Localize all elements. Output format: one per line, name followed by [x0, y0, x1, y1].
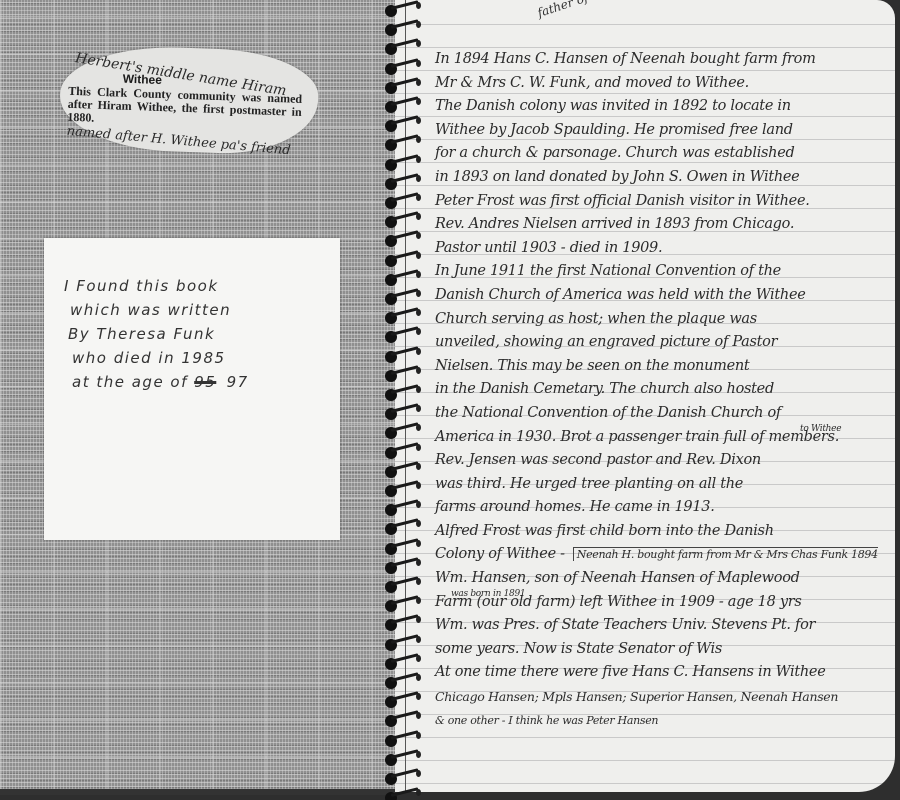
spiral-coil: [385, 714, 425, 728]
spiral-coil: [385, 138, 425, 152]
spiral-coil: [385, 772, 425, 786]
handwritten-line: was third. He urged tree planting on all…: [435, 473, 885, 497]
handwritten-line-text: & one other - I think he was Peter Hanse…: [435, 714, 658, 727]
spiral-coil: [385, 695, 425, 709]
handwritten-line: & one other - I think he was Peter Hanse…: [435, 709, 885, 733]
spiral-coil: [385, 158, 425, 172]
handwritten-line-text: Withee by Jacob Spaulding. He promised f…: [435, 122, 793, 138]
spiral-coil: [385, 734, 425, 748]
spiral-coil: [385, 23, 425, 37]
note-age-struck: 95: [194, 373, 216, 391]
handwritten-line-text: America in 1930. Brot a passenger train …: [435, 429, 839, 445]
handwritten-line-text: Wm. was Pres. of State Teachers Univ. St…: [435, 617, 815, 633]
spiral-coil: [385, 273, 425, 287]
handwritten-line: In June 1911 the first National Conventi…: [435, 260, 885, 284]
handwritten-line-text: was third. He urged tree planting on all…: [435, 476, 743, 492]
spiral-coil: [385, 638, 425, 652]
spiral-coil: [385, 4, 425, 18]
handwritten-line-text: Peter Frost was first official Danish vi…: [435, 193, 810, 209]
handwritten-line: some years. Now is State Senator of Wis: [435, 638, 885, 662]
notebook-cover: Herbert's middle name Hiram Withee This …: [0, 0, 395, 795]
sticky-note-text: I Found this book which was written By T…: [64, 274, 249, 394]
handwritten-line: Farm (our old farm) left Withee in 1909 …: [435, 591, 885, 615]
handwritten-line: At one time there were five Hans C. Hans…: [435, 661, 885, 685]
note-line: I Found this book: [64, 274, 249, 298]
boxed-insert-neenah: Neenah H. bought farm from Mr & Mrs Chas…: [573, 547, 878, 561]
insert-to-withee: to Withee: [800, 418, 841, 442]
newspaper-clipping: Herbert's middle name Hiram Withee This …: [58, 44, 319, 157]
handwritten-line-text: Mr & Mrs C. W. Funk, and moved to Withee…: [435, 75, 749, 91]
note-line-age: at the age of 95 97: [72, 370, 249, 394]
spiral-coil: [385, 561, 425, 575]
handwritten-line: in 1893 on land donated by John S. Owen …: [435, 166, 885, 190]
spiral-coil: [385, 350, 425, 364]
handwritten-line-text: Rev. Andres Nielsen arrived in 1893 from…: [435, 216, 794, 232]
spiral-coil: [385, 503, 425, 517]
clipping-headline: Withee: [122, 72, 162, 87]
handwritten-line: Mr & Mrs C. W. Funk, and moved to Withee…: [435, 72, 885, 96]
handwritten-line-text: At one time there were five Hans C. Hans…: [435, 664, 826, 680]
handwritten-line-text: some years. Now is State Senator of Wis: [435, 641, 722, 657]
handwritten-line: Rev. Andres Nielsen arrived in 1893 from…: [435, 213, 885, 237]
spiral-coil: [385, 580, 425, 594]
spiral-coil: [385, 407, 425, 421]
sticky-note: I Found this book which was written By T…: [44, 238, 340, 540]
spiral-coil: [385, 753, 425, 767]
note-line: which was written: [70, 298, 249, 322]
clipping-body: This Clark County community was named af…: [67, 85, 302, 132]
handwritten-line-text: Danish Church of America was held with t…: [435, 287, 806, 303]
insert-born-1891: was born in 1891: [451, 583, 525, 607]
spiral-coil: [385, 234, 425, 248]
spiral-coil: [385, 177, 425, 191]
handwritten-line-text: for a church & parsonage. Church was est…: [435, 145, 794, 161]
handwritten-line: In 1894 Hans C. Hansen of Neenah bought …: [435, 48, 885, 72]
spiral-coil: [385, 215, 425, 229]
handwritten-line: Nielsen. This may be seen on the monumen…: [435, 355, 885, 379]
handwritten-line: Rev. Jensen was second pastor and Rev. D…: [435, 449, 885, 473]
handwritten-line-text: Rev. Jensen was second pastor and Rev. D…: [435, 452, 761, 468]
spiral-coil: [385, 196, 425, 210]
spiral-coil: [385, 100, 425, 114]
handwritten-line-text: Church serving as host; when the plaque …: [435, 311, 757, 327]
handwritten-line: for a church & parsonage. Church was est…: [435, 142, 885, 166]
spiral-coil: [385, 292, 425, 306]
handwritten-line: Peter Frost was first official Danish vi…: [435, 190, 885, 214]
handwritten-line: in the Danish Cemetary. The church also …: [435, 378, 885, 402]
spiral-coil: [385, 657, 425, 671]
handwritten-line-text: The Danish colony was invited in 1892 to…: [435, 98, 791, 114]
spiral-coil: [385, 791, 425, 800]
handwritten-line: Wm. was Pres. of State Teachers Univ. St…: [435, 614, 885, 638]
handwritten-line: The Danish colony was invited in 1892 to…: [435, 95, 885, 119]
note-age-value: 97: [227, 373, 249, 391]
handwritten-line: unveiled, showing an engraved picture of…: [435, 331, 885, 355]
handwritten-line-text: unveiled, showing an engraved picture of…: [435, 334, 777, 350]
spiral-coil: [385, 119, 425, 133]
spiral-coil: [385, 542, 425, 556]
handwritten-line: Chicago Hansen; Mpls Hansen; Superior Ha…: [435, 685, 885, 709]
spiral-coil: [385, 388, 425, 402]
spiral-coil: [385, 522, 425, 536]
cover-bottom-edge: [0, 789, 395, 795]
handwritten-line-text: Alfred Frost was first child born into t…: [435, 523, 774, 539]
spiral-coil: [385, 254, 425, 268]
note-line: By Theresa Funk: [68, 322, 249, 346]
notebook-scan: Herbert's middle name Hiram Withee This …: [0, 0, 900, 800]
spiral-coil: [385, 676, 425, 690]
handwritten-line: America in 1930. Brot a passenger train …: [435, 426, 885, 450]
spiral-coil: [385, 484, 425, 498]
spiral-coil: [385, 465, 425, 479]
spiral-coil: [385, 311, 425, 325]
handwritten-line-text: in the Danish Cemetary. The church also …: [435, 381, 774, 397]
handwritten-line: Alfred Frost was first child born into t…: [435, 520, 885, 544]
handwritten-line: Withee by Jacob Spaulding. He promised f…: [435, 119, 885, 143]
note-line: who died in 1985: [72, 346, 249, 370]
handwritten-line: Pastor until 1903 - died in 1909.: [435, 237, 885, 261]
handwritten-line: Colony of Withee -Neenah H. bought farm …: [435, 543, 885, 567]
handwritten-page-text: In 1894 Hans C. Hansen of Neenah bought …: [435, 48, 885, 732]
handwritten-line-text: Nielsen. This may be seen on the monumen…: [435, 358, 749, 374]
handwritten-line: Church serving as host; when the plaque …: [435, 308, 885, 332]
spiral-coil: [385, 81, 425, 95]
handwritten-line-text: Chicago Hansen; Mpls Hansen; Superior Ha…: [435, 689, 838, 704]
spiral-coil: [385, 618, 425, 632]
note-age-prefix: at the age of: [72, 373, 188, 391]
handwritten-line: farms around homes. He came in 1913.: [435, 496, 885, 520]
spiral-binding: [385, 0, 425, 800]
spiral-coil: [385, 42, 425, 56]
spiral-coil: [385, 330, 425, 344]
handwritten-line-text: farms around homes. He came in 1913.: [435, 499, 715, 515]
spiral-coil: [385, 446, 425, 460]
spiral-coil: [385, 426, 425, 440]
handwritten-line-text: In June 1911 the first National Conventi…: [435, 263, 781, 279]
handwritten-line-text: In 1894 Hans C. Hansen of Neenah bought …: [435, 51, 816, 67]
spiral-coil: [385, 599, 425, 613]
handwritten-line-text: Colony of Withee -: [435, 546, 565, 562]
handwritten-line: Danish Church of America was held with t…: [435, 284, 885, 308]
handwritten-line-text: the National Convention of the Danish Ch…: [435, 405, 781, 421]
spiral-coil: [385, 62, 425, 76]
ruled-page: In 1894 Hans C. Hansen of Neenah bought …: [395, 0, 895, 792]
spiral-coil: [385, 369, 425, 383]
handwritten-line-text: Pastor until 1903 - died in 1909.: [435, 240, 662, 256]
handwritten-line-text: in 1893 on land donated by John S. Owen …: [435, 169, 799, 185]
